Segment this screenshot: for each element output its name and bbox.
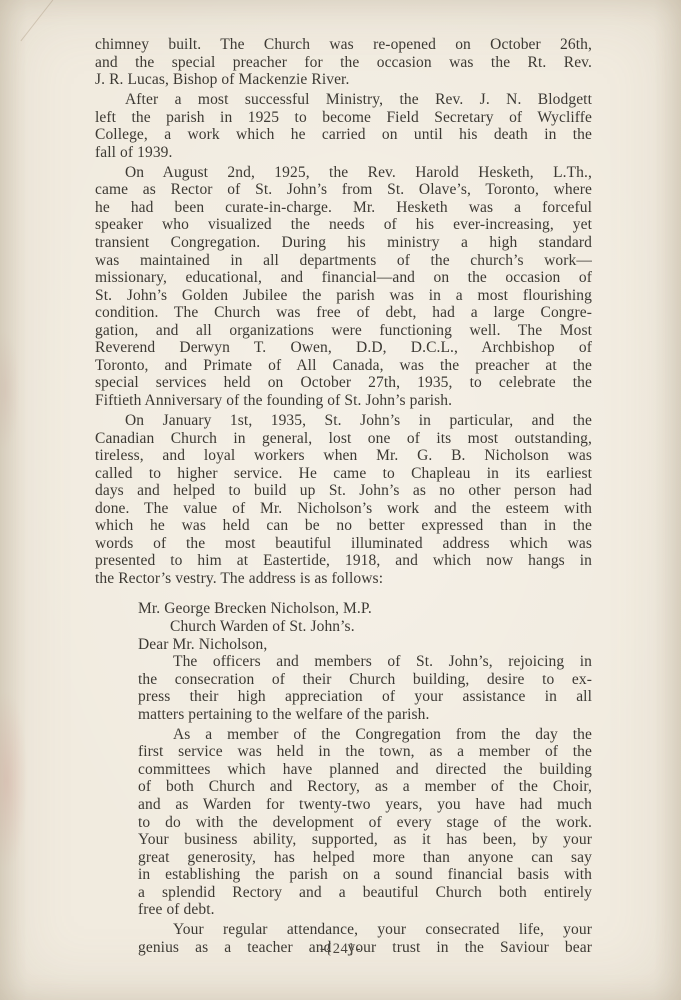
text-line: words of the most beautiful illuminated … (95, 535, 592, 553)
text-line: and the special preacher for the occasio… (95, 54, 592, 72)
text-line: tireless, and loyal workers when Mr. G. … (95, 447, 592, 465)
book-page: chimney built. The Church was re-opened … (0, 0, 681, 1000)
text-line: The officers and members of St. John’s, … (138, 653, 592, 671)
text-line: first service was held in the town, as a… (138, 743, 592, 761)
text-line: done. The value of Mr. Nicholson’s work … (95, 500, 592, 518)
text-line: and as Warden for twenty-two years, you … (138, 796, 592, 814)
text-line: to do with the development of every stag… (138, 814, 592, 832)
page-number: -{24}- (0, 941, 681, 958)
text-line: On January 1st, 1935, St. John’s in part… (95, 412, 592, 430)
text-line: matters pertaining to the welfare of the… (138, 706, 592, 724)
text-line: special services held on October 27th, 1… (95, 374, 592, 392)
paragraph-chimney-built: chimney built. The Church was re-opened … (95, 36, 592, 89)
text-line: As a member of the Congregation from the… (138, 726, 592, 744)
text-line: of both Church and Rectory, as a member … (138, 778, 592, 796)
text-line: free of debt. (138, 901, 592, 919)
text-line: called to higher service. He came to Cha… (95, 465, 592, 483)
text-line: great generosity, has helped more than a… (138, 849, 592, 867)
paper-stain (0, 330, 20, 450)
text-line: missionary, educational, and financial—a… (95, 269, 592, 287)
text-line: chimney built. The Church was re-opened … (95, 36, 592, 54)
text-line: Reverend Derwyn T. Owen, D.D, D.C.L., Ar… (95, 339, 592, 357)
text-line: a splendid Rectory and a beautiful Churc… (138, 884, 592, 902)
text-line: St. John’s Golden Jubilee the parish was… (95, 287, 592, 305)
text-line: he had been curate-in-charge. Mr. Hesket… (95, 199, 592, 217)
text-line: fall of 1939. (95, 144, 592, 162)
text-line: gation, and all organizations were funct… (95, 322, 592, 340)
text-line: On August 2nd, 1925, the Rev. Harold Hes… (95, 164, 592, 182)
text-line: committees which have planned and direct… (138, 761, 592, 779)
text-line: After a most successful Ministry, the Re… (95, 91, 592, 109)
paragraph-hesketh: On August 2nd, 1925, the Rev. Harold Hes… (95, 164, 592, 410)
text-line: Your business ability, supported, as it … (138, 831, 592, 849)
letter-paragraph-member: As a member of the Congregation from the… (138, 726, 592, 919)
text-line: Toronto, and Primate of All Canada, was … (95, 357, 592, 375)
text-line: came as Rector of St. John’s from St. Ol… (95, 181, 592, 199)
text-column: chimney built. The Church was re-opened … (95, 36, 592, 959)
scan-edge-artifact (0, 0, 53, 41)
text-line: Canadian Church in general, lost one of … (95, 430, 592, 448)
text-line: College, a work which he carried on unti… (95, 126, 592, 144)
text-line: Your regular attendance, your consecrate… (138, 921, 592, 939)
letter-salutation: Dear Mr. Nicholson, (138, 636, 592, 654)
text-line: in establishing the parish on a sound fi… (138, 866, 592, 884)
text-line: Fiftieth Anniversary of the founding of … (95, 392, 592, 410)
text-line: transient Congregation. During his minis… (95, 234, 592, 252)
text-line: the consecration of their Church buildin… (138, 671, 592, 689)
text-line: left the parish in 1925 to become Field … (95, 109, 592, 127)
text-line: press their high appreciation of your as… (138, 688, 592, 706)
paragraph-nicholson: On January 1st, 1935, St. John’s in part… (95, 412, 592, 587)
illuminated-address-letter: Mr. George Brecken Nicholson, M.P. Churc… (138, 600, 592, 956)
paragraph-blodgett: After a most successful Ministry, the Re… (95, 91, 592, 161)
text-line: J. R. Lucas, Bishop of Mackenzie River. (95, 71, 592, 89)
text-line: speaker who visualized the needs of his … (95, 216, 592, 234)
letter-recipient-title: Church Warden of St. John’s. (138, 618, 592, 636)
text-line: which he was held can be no better expre… (95, 517, 592, 535)
text-line: presented to him at Eastertide, 1918, an… (95, 552, 592, 570)
text-line: condition. The Church was free of debt, … (95, 304, 592, 322)
paper-stain (0, 690, 28, 870)
letter-paragraph-officers: The officers and members of St. John’s, … (138, 653, 592, 723)
text-line: days and helped to build up St. John’s a… (95, 482, 592, 500)
text-line: the Rector’s vestry. The address is as f… (95, 570, 592, 588)
text-line: was maintained in all departments of the… (95, 252, 592, 270)
letter-recipient-name: Mr. George Brecken Nicholson, M.P. (138, 600, 592, 618)
